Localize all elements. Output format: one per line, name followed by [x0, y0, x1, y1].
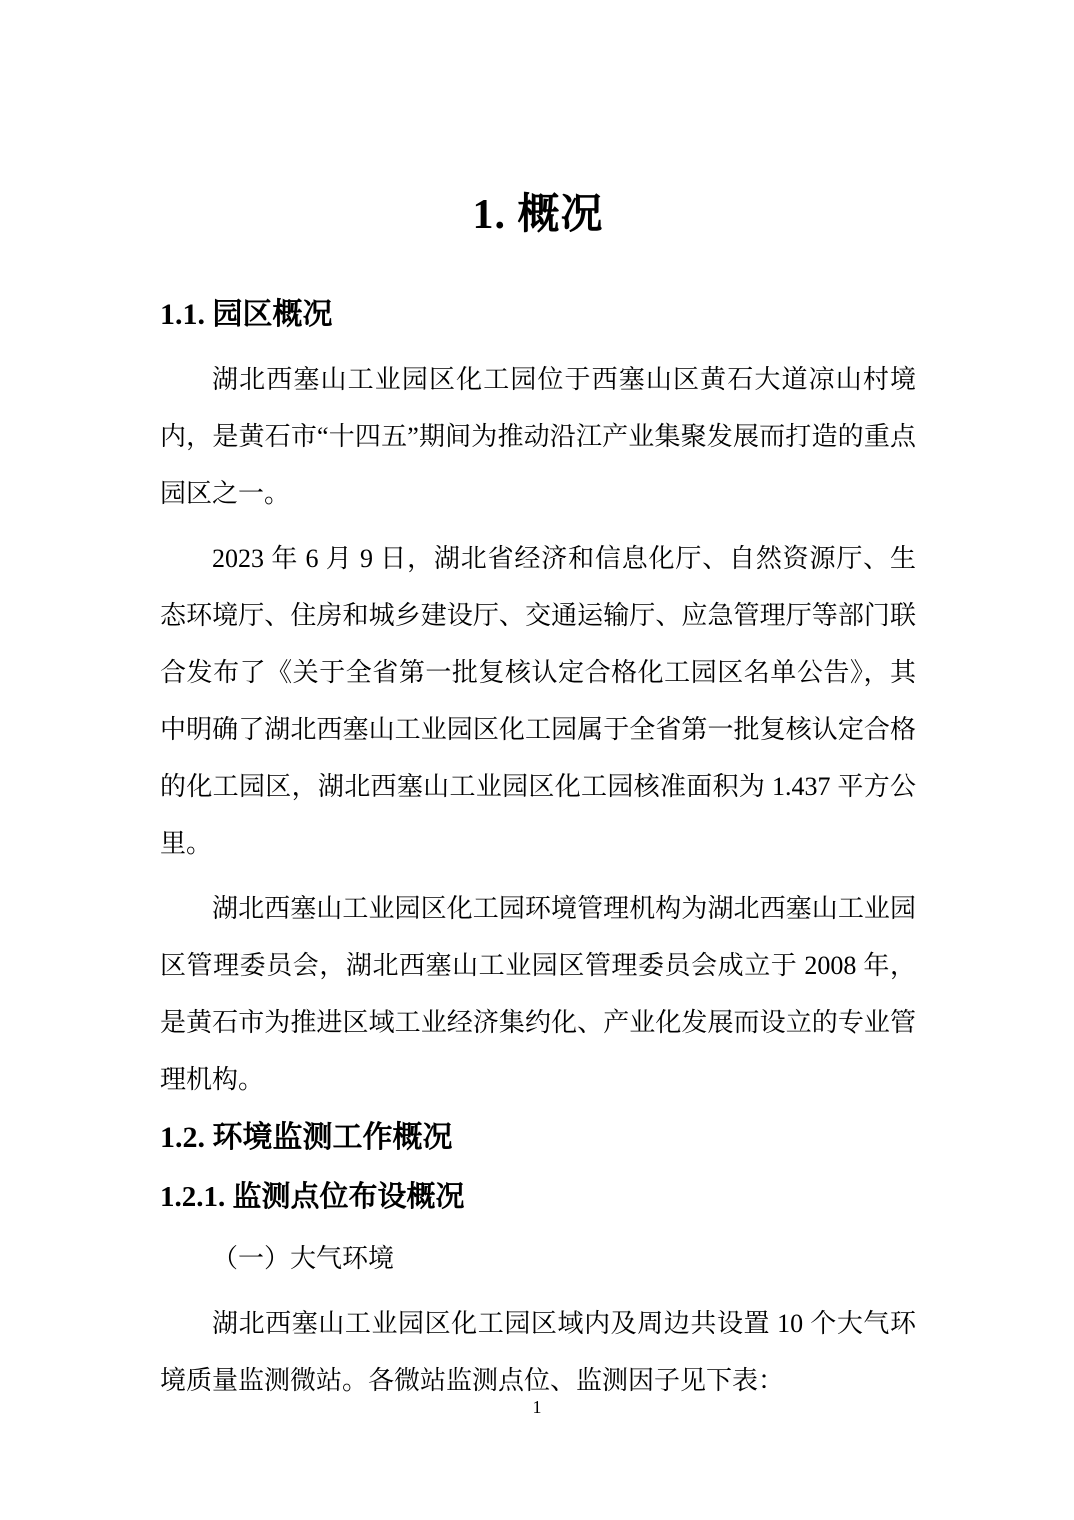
document-title: 1. 概况: [160, 185, 916, 245]
paragraph-approval-announcement: 2023 年 6 月 9 日，湖北省经济和信息化厅、自然资源厅、生态环境厅、住房…: [160, 530, 916, 872]
heading-1-2-monitoring-overview: 1.2. 环境监测工作概况: [160, 1116, 916, 1160]
paragraph-management-committee: 湖北西塞山工业园区化工园环境管理机构为湖北西塞山工业园区管理委员会，湖北西塞山工…: [160, 880, 916, 1108]
paragraph-micro-stations: 湖北西塞山工业园区化工园区域内及周边共设置 10 个大气环境质量监测微站。各微站…: [160, 1295, 916, 1409]
heading-1-1-park-overview: 1.1. 园区概况: [160, 293, 916, 337]
heading-1-2-1-monitoring-points: 1.2.1. 监测点位布设概况: [160, 1176, 916, 1218]
paragraph-atmosphere-label: （一）大气环境: [160, 1230, 916, 1287]
page-number: 1: [0, 1395, 1074, 1419]
document-page: 1. 概况 1.1. 园区概况 湖北西塞山工业园区化工园位于西塞山区黄石大道凉山…: [0, 0, 1074, 1520]
paragraph-park-location: 湖北西塞山工业园区化工园位于西塞山区黄石大道凉山村境内，是黄石市“十四五”期间为…: [160, 351, 916, 522]
